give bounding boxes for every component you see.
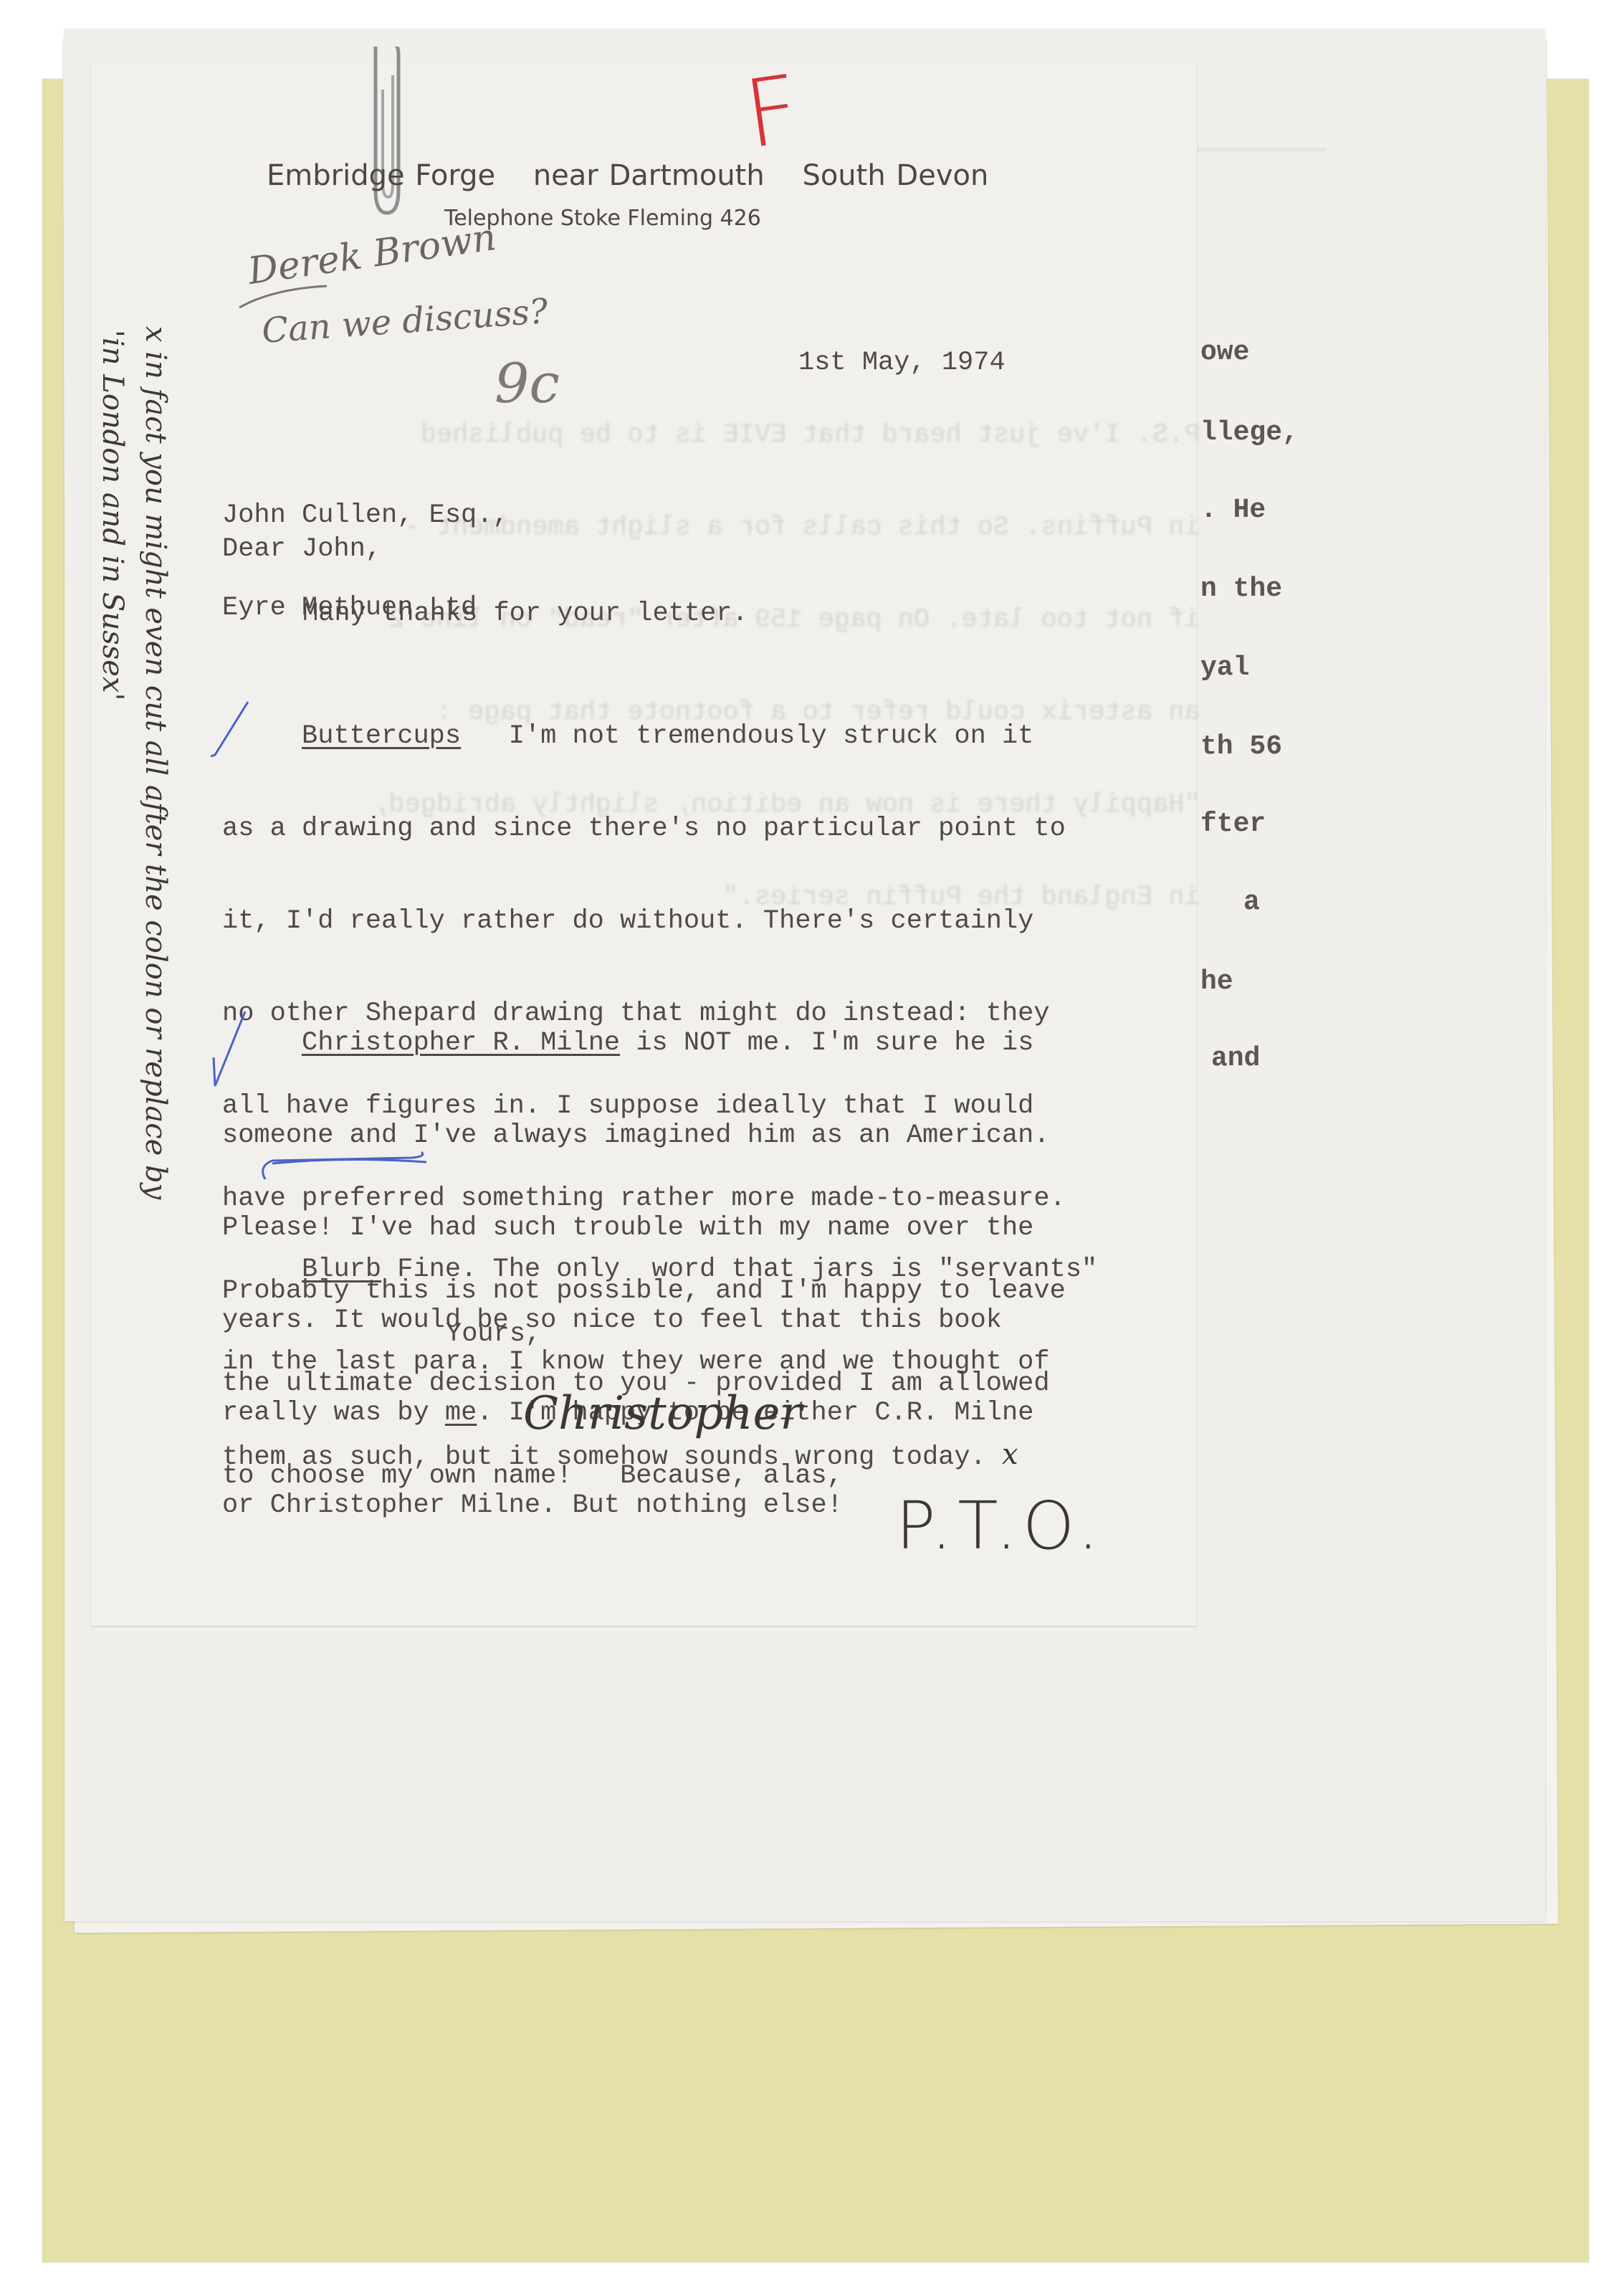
intro-line: Many thanks for your letter. <box>302 599 748 629</box>
underlying-fragment: a <box>1243 887 1260 918</box>
underlying-fragment: owe <box>1200 337 1249 368</box>
blue-ink-underline <box>258 1151 430 1183</box>
salutation: Dear John, <box>222 534 381 565</box>
heading-buttercups: Buttercups <box>302 721 461 751</box>
letterhead-county: South Devon <box>802 159 988 192</box>
underlying-fragment: yal <box>1200 652 1249 683</box>
blue-check-icon <box>208 1007 251 1093</box>
recipient-name: John Cullen, Esq., <box>222 500 509 531</box>
margin-note-line-2: 'in London and in Sussex' <box>96 330 129 700</box>
letter-date: 1st May, 1974 <box>798 348 1006 379</box>
underlying-fragment: and <box>1211 1043 1260 1074</box>
margin-note-line-1: x in fact you might even cut all after t… <box>139 326 172 1199</box>
underlying-fragment: llege, <box>1200 417 1299 448</box>
insertion-mark: x <box>1002 1438 1018 1471</box>
signature: Christopher <box>523 1387 802 1440</box>
blue-check-icon <box>208 699 251 763</box>
underlying-fragment: he <box>1200 966 1233 997</box>
underlying-fragment: n the <box>1200 573 1282 604</box>
pencil-initials: 9c <box>495 351 560 415</box>
letterhead-town: near Dartmouth <box>533 159 765 192</box>
letterhead-house: Embridge Forge <box>267 159 495 192</box>
heading-blurb: Blurb <box>302 1255 381 1285</box>
heading-name: Christopher R. Milne <box>302 1028 620 1058</box>
underlying-fragment: fter <box>1200 809 1266 839</box>
paperclip-icon <box>366 47 407 219</box>
letterhead-address: Embridge Forge near Dartmouth South Devo… <box>267 159 1016 192</box>
paragraph-blurb: Blurb Fine. The only word that jars is "… <box>222 1193 1097 1504</box>
closing: Yours, <box>446 1319 541 1350</box>
pto-note: P.T.O. <box>896 1488 1104 1564</box>
underlying-fragment: . He <box>1200 495 1266 525</box>
underlying-fragment: th 56 <box>1200 731 1282 762</box>
